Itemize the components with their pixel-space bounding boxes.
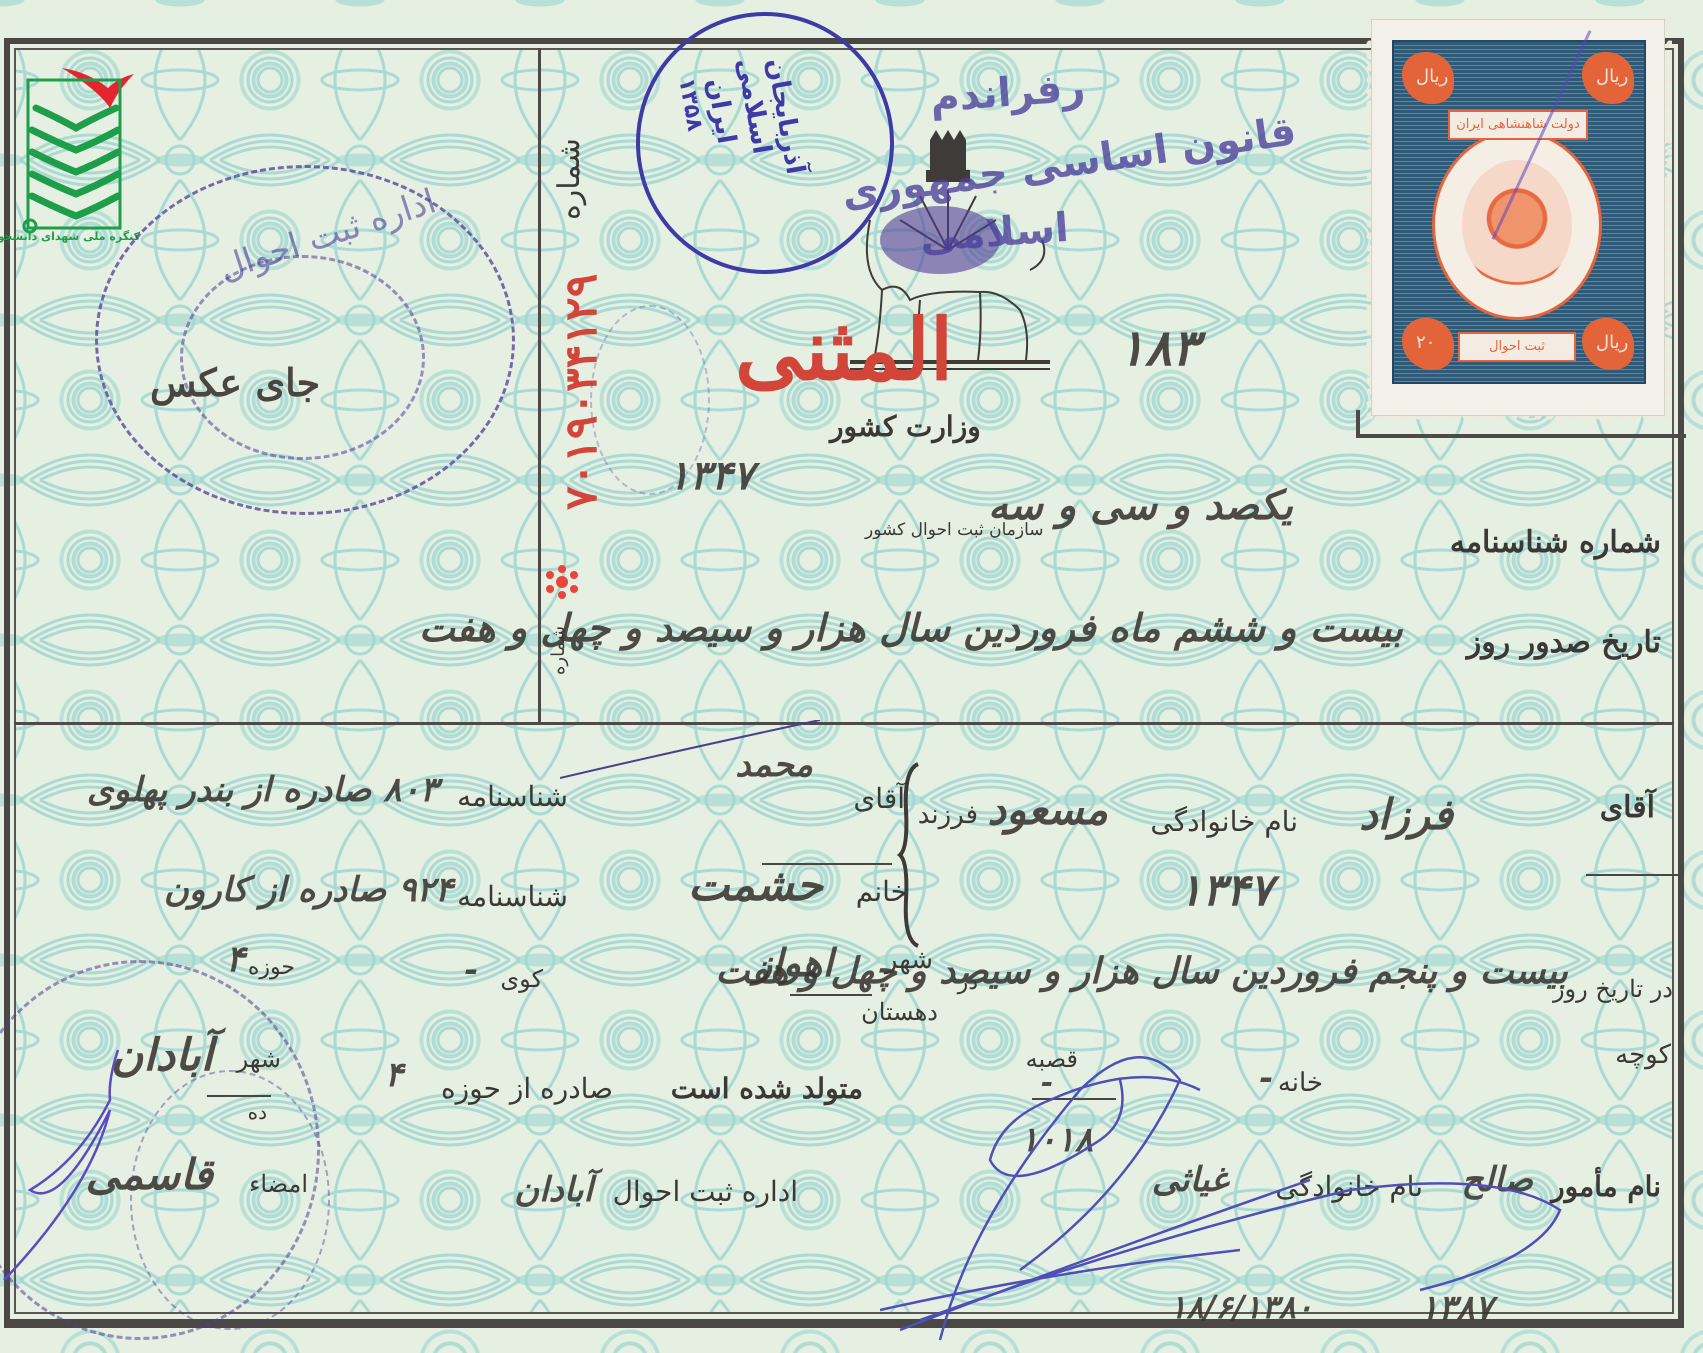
top-signature-stroke xyxy=(560,720,860,780)
family-name-label: نام خانوادگی xyxy=(1150,805,1298,838)
issue-date-value: بیست و ششم ماه فروردین سال هزار و سیصد و… xyxy=(419,605,1403,650)
mother-id-label: شناسنامه xyxy=(457,880,568,913)
stamp-bottom-banner: ثبت احوال xyxy=(1458,332,1576,362)
issue-date-label: تاریخ صدور روز xyxy=(1467,625,1661,660)
mother-name-value: حشمت xyxy=(688,860,823,911)
id-number-value: یکصد و سی و سه xyxy=(988,482,1293,529)
zone-value: ۴ xyxy=(226,938,245,980)
bottom-date: ۱۸/۶/۱۳۸۰ xyxy=(1169,1288,1313,1326)
birth-date-value: بیست و پنجم فروردین سال هزار و سیصد و چه… xyxy=(716,950,1568,992)
registration-number: ۱۰۱۸ xyxy=(1020,1120,1093,1160)
first-name-value: فرزاد xyxy=(1359,790,1453,839)
red-asterisk-icon xyxy=(545,565,579,599)
stamp-corner-value: ۲۰ xyxy=(1416,332,1435,353)
village-label: دهستان xyxy=(861,998,938,1026)
photo-seal-inner xyxy=(180,255,425,460)
birth-year-value: ۱۳۴۷ xyxy=(1178,865,1273,916)
city-label: شهر xyxy=(885,945,933,975)
bird-and-book-logo-icon xyxy=(18,50,136,250)
office-value: آبادان xyxy=(514,1170,593,1210)
father-mr-label: آقای xyxy=(853,782,905,815)
stamp-lion-sun-icon xyxy=(1462,160,1572,290)
office-label: اداره ثبت احوال xyxy=(613,1175,798,1208)
bottom-left-seal-inner xyxy=(130,1070,330,1330)
child-of-label: فرزند xyxy=(918,800,978,830)
document-title: المثنی xyxy=(735,300,953,399)
mother-id-value: ۹۲۴ صادره از کارون xyxy=(164,870,453,910)
serial-prefix-label: شماره xyxy=(552,138,587,220)
stamp-corner-value: ریال xyxy=(1596,66,1628,87)
stamp-corner-value: ریال xyxy=(1596,332,1628,353)
photo-placeholder-label: جای عکس xyxy=(150,360,320,405)
city-underline xyxy=(790,994,872,996)
town-value: - xyxy=(1041,1065,1053,1100)
father-id-value: ۸۰۳ صادره از بندر پهلوی xyxy=(87,770,438,810)
town-underline xyxy=(1032,1098,1116,1100)
zone-label: حوزه xyxy=(248,955,295,980)
issued-from-zone-value: ۴ xyxy=(385,1055,403,1095)
left-purple-scribble xyxy=(0,1040,120,1280)
stamp-top-banner: دولت شاهنشاهی ایران xyxy=(1448,110,1588,140)
born-label: متولد شده است xyxy=(671,1072,863,1105)
ministry-number: ۱۳۴۷ xyxy=(668,452,754,499)
officer-family-label: نام خانوادگی xyxy=(1275,1170,1423,1203)
mr-underline xyxy=(1586,874,1678,876)
father-id-label: شناسنامه xyxy=(457,780,568,813)
bottom-note: ۱۳۸۷ xyxy=(1420,1288,1493,1328)
family-name-value: مسعود xyxy=(987,785,1108,834)
watermark-logo: کنگره ملی شهدای دانشجو xyxy=(18,50,136,250)
birth-date-label: در تاریخ روز xyxy=(1553,975,1673,1003)
street-label: کوچه xyxy=(1615,1040,1671,1070)
stamp-corner-value: ریال xyxy=(1416,66,1448,87)
handwritten-serial: ۱۸۳ xyxy=(1118,318,1199,377)
officer-family-value: غیاثی xyxy=(1152,1160,1228,1200)
officer-name-label: نام مأمور xyxy=(1551,1170,1661,1203)
mr-label: آقای xyxy=(1600,790,1655,825)
ministry-label: وزارت کشور xyxy=(830,410,981,443)
officer-name-value: صالح xyxy=(1461,1160,1533,1200)
house-label: خانه xyxy=(1278,1068,1323,1098)
mother-label: خانم xyxy=(856,875,908,908)
house-value: - xyxy=(1259,1058,1273,1098)
district-value: - xyxy=(464,950,478,990)
district-label: کوی xyxy=(500,965,543,993)
issued-from-zone-label: صادره از حوزه xyxy=(441,1072,613,1105)
city-value: اهواز xyxy=(754,940,833,985)
serial-label-vertical: شماره xyxy=(552,60,602,230)
logo-caption: کنگره ملی شهدای دانشجو xyxy=(0,230,140,243)
id-number-label: شماره شناسنامه xyxy=(1450,525,1661,560)
in-label: در xyxy=(958,970,978,995)
